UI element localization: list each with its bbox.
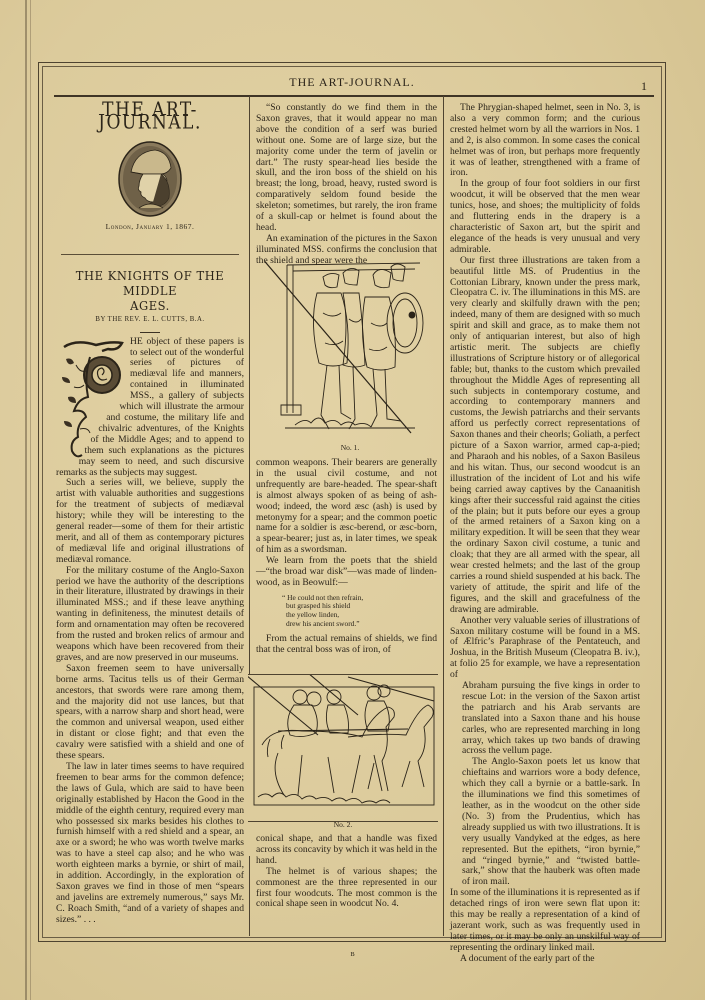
page-number: 1 (641, 79, 648, 94)
running-head: THE ART-JOURNAL. 1 (42, 70, 662, 94)
column-2-lower: conical shape, and that a handle was fix… (256, 834, 437, 910)
masthead-title: THE ART-JOURNAL. (56, 104, 244, 129)
column-3: The Phrygian-shaped helmet, seen in No. … (450, 103, 640, 965)
article-byline: BY THE REV. E. L. CUTTS, B.A. (56, 315, 244, 326)
column-rule-2 (443, 96, 444, 936)
article-col3-p4a: Another very valuable series of illustra… (450, 616, 640, 681)
masthead-rule (61, 254, 239, 255)
column-2-upper: “So constantly do we find them in the Sa… (256, 103, 437, 267)
binding-edge-rule-inner (30, 0, 31, 1000)
column-rule-1-upper (249, 96, 250, 674)
article-col3-p3: Our first three illustrations are taken … (450, 256, 640, 616)
byline-rule (140, 332, 160, 333)
running-head-title: THE ART-JOURNAL. (289, 75, 415, 89)
article-col3-p1: The Phrygian-shaped helmet, seen in No. … (450, 103, 640, 179)
signature-mark: B (0, 951, 705, 958)
article-title-line-1: THE KNIGHTS OF THE MIDDLE (64, 268, 237, 298)
journal-page: THE ART-JOURNAL. 1 THE ART-JOURNAL. Lond… (0, 0, 705, 1000)
figure-1-woodcut (265, 253, 435, 443)
athena-helmet-medallion-icon (117, 140, 183, 218)
article-col2-p5: From the actual remains of shields, we f… (256, 634, 437, 656)
figure-2-caption: No. 2. (313, 820, 373, 829)
column-1: THE ART-JOURNAL. London, January 1, 1867… (56, 96, 244, 926)
mounted-saxon-warriors-illustration-icon (248, 675, 438, 821)
beowulf-quotation: “ He could not then refrain, but grasped… (282, 594, 437, 628)
article-col1-p3: For the military costume of the Anglo-Sa… (56, 566, 244, 664)
article-col3-p4b: Abraham pursuing the five kings in order… (450, 681, 640, 757)
binding-edge-rule (25, 0, 27, 1000)
article-opening: HE object of these papers is to select o… (56, 337, 244, 926)
saxon-foot-soldiers-illustration-icon (265, 253, 435, 443)
article-col2-p6: conical shape, and that a handle was fix… (256, 834, 437, 867)
article-col3-p2: In the group of four foot soldiers in ou… (450, 179, 640, 255)
figure-2-woodcut (248, 674, 438, 822)
article-col2-p4: We learn from the poets that the shield—… (256, 556, 437, 589)
article-title-line-2: AGES. (64, 298, 237, 313)
article-col3-p6: In some of the illuminations it is repre… (450, 888, 640, 953)
article-col1-p4: Saxon freemen seem to have universally b… (56, 664, 244, 762)
column-rule-1-lower (249, 856, 250, 936)
poem-line: drew his ancient sword.” (282, 620, 437, 629)
figure-1-caption: No. 1. (320, 443, 380, 452)
column-2-middle: common weapons. Their bearers are genera… (256, 458, 437, 656)
article-title: THE KNIGHTS OF THE MIDDLE AGES. (64, 268, 237, 313)
article-col3-p5: The Anglo-Saxon poets let us know that c… (450, 757, 640, 888)
article-col2-p7: The helmet is of various shapes; the com… (256, 867, 437, 911)
article-col1-p2: Such a series will, we believe, supply t… (56, 478, 244, 565)
article-col2-p1: “So constantly do we find them in the Sa… (256, 103, 437, 234)
article-col1-p5: The law in later times seems to have req… (56, 762, 244, 926)
masthead-dateline: London, January 1, 1867. (56, 222, 244, 233)
article-col2-p3: common weapons. Their bearers are genera… (256, 458, 437, 556)
